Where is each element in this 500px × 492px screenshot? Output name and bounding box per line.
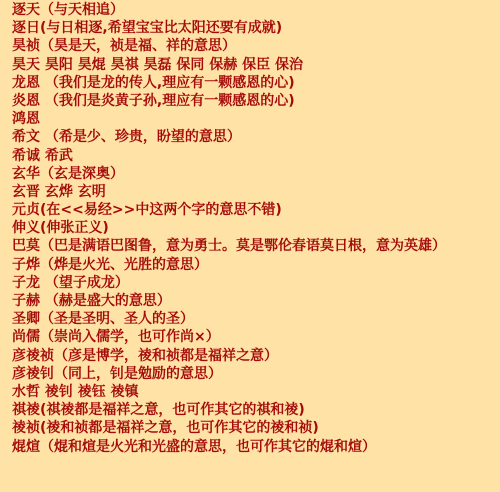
name-entry-14: 巴莫（巴是满语巴图鲁，意为勇士。莫是鄂伦春语莫日根，意为英雄）	[12, 237, 500, 255]
name-entry-6: 炎恩 （我们是炎黄子孙,理应有一颗感恩的心)	[12, 92, 500, 110]
name-entry-23: 祺祾(祺祾都是福祥之意，也可作其它的祺和祾)	[12, 401, 500, 419]
name-entry-13: 伸义(伸张正义)	[12, 219, 500, 237]
name-entry-15: 子烨（烨是火光、光胜的意思）	[12, 256, 500, 274]
name-entry-19: 尚儒（崇尚入儒学，也可作尚×）	[12, 328, 500, 346]
name-entry-1: 逐天（与天相追）	[12, 1, 500, 19]
name-entry-16: 子龙 （望子成龙）	[12, 274, 500, 292]
name-entry-20: 彦祾祯（彦是博学，祾和祯都是福祥之意）	[12, 347, 500, 365]
name-entry-17: 子赫 （赫是盛大的意思）	[12, 292, 500, 310]
name-list-document: 逐天（与天相追） 逐日(与日相逐,希望宝宝比太阳还要有成就) 昊祯（昊是天，祯是…	[0, 0, 500, 456]
name-entry-10: 玄华（玄是深奥）	[12, 165, 500, 183]
name-entry-5: 龙恩 （我们是龙的传人,理应有一颗感恩的心)	[12, 74, 500, 92]
name-entry-7: 鸿恩	[12, 110, 500, 128]
name-entry-18: 圣卿（圣是圣明、圣人的圣）	[12, 310, 500, 328]
name-entry-11: 玄晋 玄烨 玄明	[12, 183, 500, 201]
name-entry-8: 希文 （希是少、珍贵，盼望的意思）	[12, 128, 500, 146]
name-entry-21: 彦祾钊（同上，钊是勉励的意思）	[12, 365, 500, 383]
name-entry-24: 祾祯(祾和祯都是福祥之意，也可作其它的祾和祯)	[12, 419, 500, 437]
name-entry-3: 昊祯（昊是天，祯是福、祥的意思）	[12, 37, 500, 55]
name-entry-9: 希诚 希武	[12, 147, 500, 165]
name-entry-4: 昊天 昊阳 昊焜 昊祺 昊磊 保同 保赫 保臣 保治	[12, 56, 500, 74]
name-entry-22: 水哲 祾钊 祾钰 祾镇	[12, 383, 500, 401]
name-entry-2: 逐日(与日相逐,希望宝宝比太阳还要有成就)	[12, 19, 500, 37]
name-entry-25: 焜煊（焜和煊是火光和光盛的意思，也可作其它的焜和煊）	[12, 438, 500, 456]
name-entry-12: 元贞(在<<易经>>中这两个字的意思不错)	[12, 201, 500, 219]
